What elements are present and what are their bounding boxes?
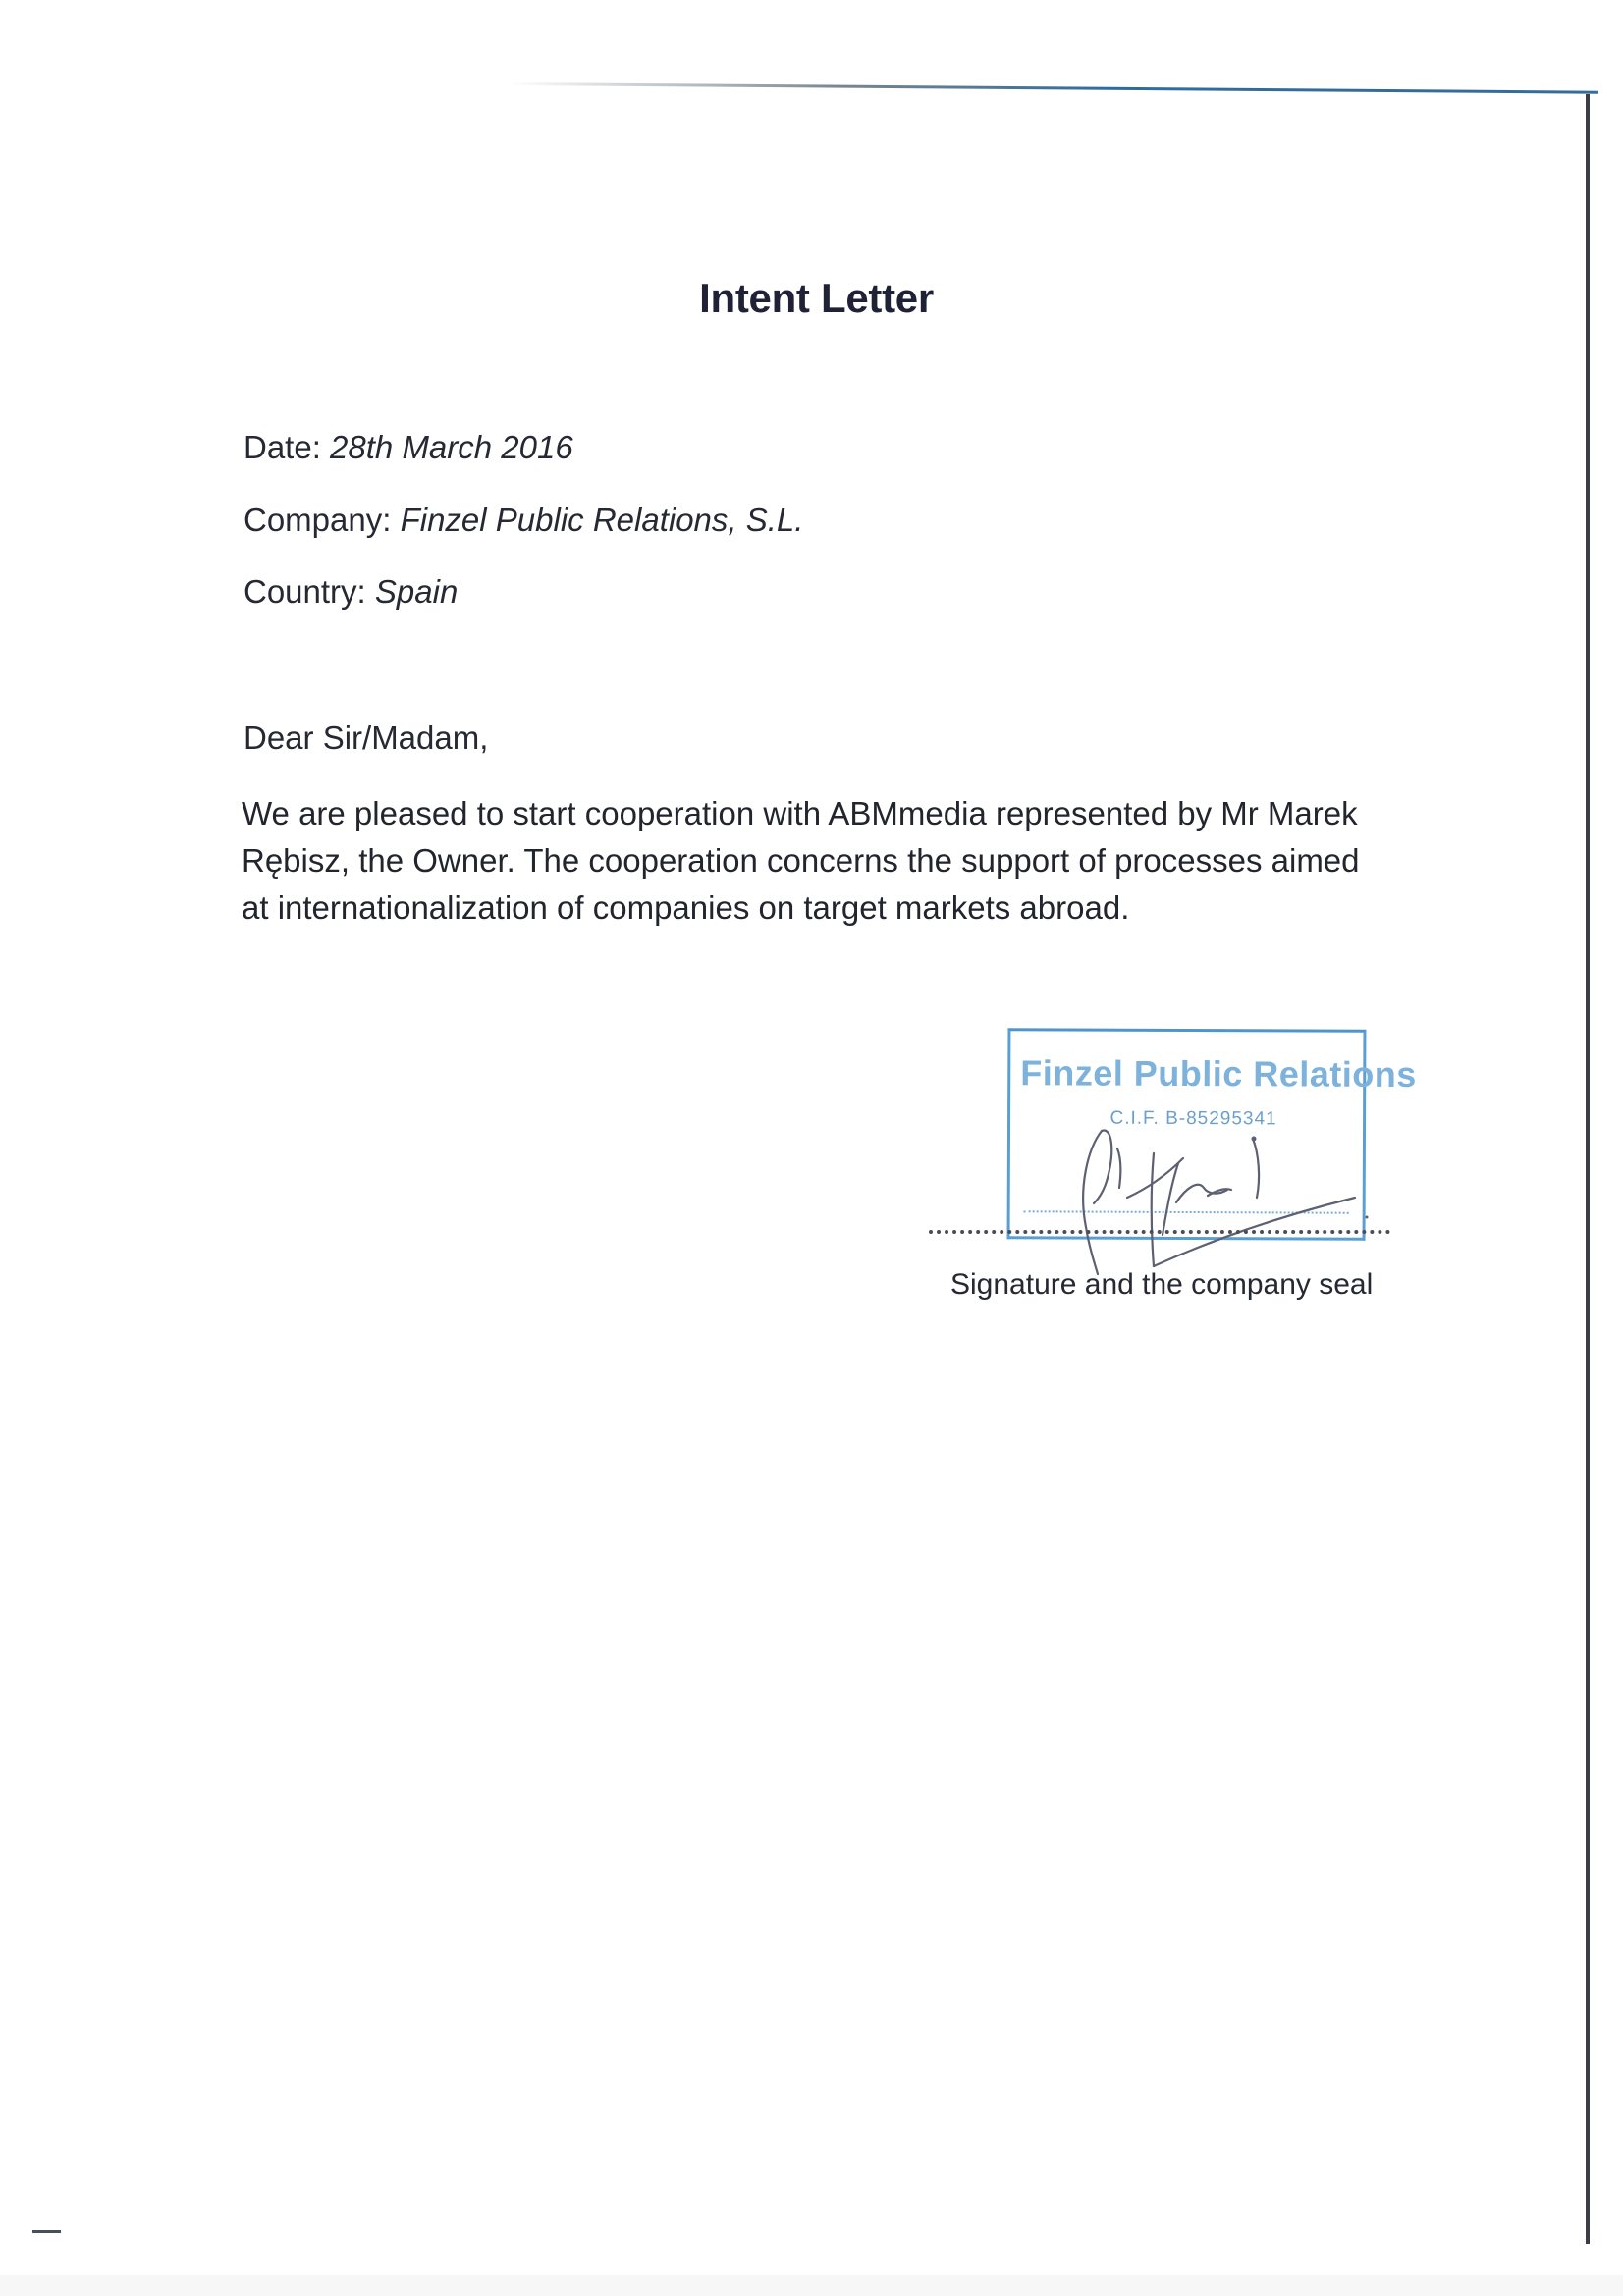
country-line: Country: Spain (243, 573, 458, 611)
document-title: Intent Letter (0, 275, 1623, 322)
company-label: Company: (243, 502, 391, 538)
handwritten-signature-icon (1060, 1119, 1375, 1276)
country-value: Spain (375, 573, 458, 610)
scan-top-edge (511, 82, 1598, 94)
seal-company-name: Finzel Public Relations (1020, 1052, 1354, 1095)
scan-right-edge (1586, 94, 1590, 2244)
company-line: Company: Finzel Public Relations, S.L. (243, 502, 803, 539)
date-value: 28th March 2016 (330, 429, 573, 465)
body-paragraph: We are pleased to start cooperation with… (242, 790, 1390, 932)
date-label: Date: (243, 429, 321, 465)
signature-label: Signature and the company seal (950, 1268, 1373, 1302)
country-label: Country: (243, 573, 366, 610)
scan-mark (32, 2230, 61, 2233)
company-value: Finzel Public Relations, S.L. (401, 502, 804, 538)
salutation: Dear Sir/Madam, (243, 720, 488, 757)
date-line: Date: 28th March 2016 (243, 429, 573, 466)
scan-bottom-shade (0, 2275, 1623, 2296)
signature-line (929, 1230, 1390, 1234)
